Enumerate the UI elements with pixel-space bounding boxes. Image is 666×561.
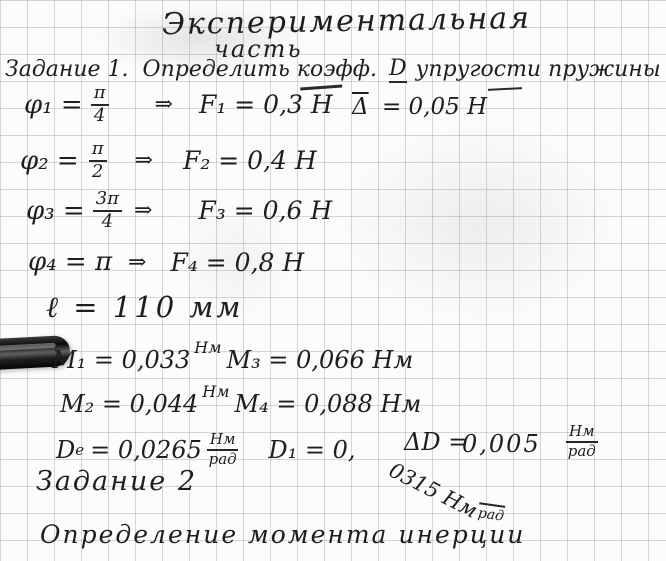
fraction-denominator: 4	[93, 212, 122, 232]
d-average-value: = 0,0265	[90, 436, 202, 464]
phi4-rhs: F₄ = 0,8 Н	[170, 248, 304, 277]
phi4-lhs: φ₄ = π	[28, 247, 112, 277]
task2-heading: Задание 2	[36, 466, 197, 497]
pen-highlight	[0, 343, 56, 351]
d-average-subscript: е	[75, 441, 84, 459]
m2-unit-superscript: Нм	[202, 382, 229, 401]
unit-denominator: рад	[566, 443, 598, 460]
phi3-rhs: F₃ = 0,6 Н	[198, 196, 332, 225]
phi1-rhs: F₁ = 0,3 Н	[199, 90, 333, 119]
fraction-denominator: 2	[89, 162, 107, 182]
phi1-lhs: φ₁ =	[24, 90, 83, 120]
d1-value: D₁ = 0,	[268, 436, 355, 464]
formula-row-phi3: φ₃ = 3π 4 ⇒ F₃ = 0,6 Н	[26, 190, 332, 232]
formula-row-phi2: φ₂ = π 2 ⇒ F₂ = 0,4 Н	[20, 140, 317, 182]
paper-smudge	[325, 115, 630, 330]
phi3-lhs: φ₃ =	[26, 196, 85, 226]
phi2-fraction: π 2	[89, 140, 107, 182]
delta-symbol: Δ	[352, 94, 369, 120]
m1-unit-superscript: Нм	[194, 338, 221, 357]
unit-denominator: рад	[207, 451, 239, 468]
implies-arrow: ⇒	[155, 92, 173, 117]
fraction-numerator: 3π	[93, 190, 122, 212]
moment-row-2: M₂ = 0,044 Нм M₄ = 0,088 Нм	[60, 390, 421, 418]
implies-arrow: ⇒	[128, 250, 146, 275]
formula-row-phi1: φ₁ = π 4 ⇒ F₁ = 0,3 Н	[24, 84, 333, 126]
phi2-lhs: φ₂ =	[20, 146, 79, 176]
delta-error-note: Δ = 0,05 Н	[352, 94, 487, 120]
task1-text: Определить коэфф.	[143, 57, 377, 82]
fraction-numerator: π	[89, 140, 107, 162]
d-average-symbol: D	[56, 436, 75, 464]
delta-value: = 0,05 Н	[382, 94, 487, 120]
stiffness-row: Dе = 0,0265 Нм рад D₁ = 0,	[56, 432, 356, 468]
task2-description: Определение момента инерции	[40, 520, 525, 549]
moment-row-1: M₁ = 0,033 Нм M₃ = 0,066 Нм	[52, 346, 413, 374]
formula-row-phi4: φ₄ = π ⇒ F₄ = 0,8 Н	[28, 247, 304, 277]
implies-arrow: ⇒	[134, 198, 152, 223]
phi1-fraction: π 4	[91, 84, 109, 126]
m2-value: M₂ = 0,044	[60, 390, 198, 418]
task1-text-after: упругости пружины	[416, 57, 661, 82]
m1-value: M₁ = 0,033	[52, 346, 190, 374]
task1-coefficient-symbol: D	[389, 56, 407, 83]
m4-value: M₄ = 0,088 Нм	[235, 390, 422, 418]
unit-numerator: Нм	[207, 432, 239, 451]
length-line: ℓ = 110 мм	[46, 290, 243, 325]
notebook-page: Экспериментальная часть Задание 1. Опред…	[0, 0, 666, 561]
fraction-numerator: π	[91, 84, 109, 106]
m3-value: M₃ = 0,066 Нм	[227, 346, 414, 374]
implies-arrow: ⇒	[135, 148, 153, 173]
d-average-unit-fraction: Нм рад	[207, 432, 239, 468]
phi3-fraction: 3π 4	[93, 190, 122, 232]
delta-d-label: ΔD =	[404, 428, 468, 456]
unit-numerator: Нм	[566, 424, 598, 443]
delta-d-unit-fraction: Нм рад	[566, 424, 598, 460]
underline-dash	[488, 85, 522, 91]
fraction-denominator: 4	[91, 106, 109, 126]
task1-label: Задание 1.	[5, 57, 129, 82]
phi2-rhs: F₂ = 0,4 Н	[183, 146, 317, 175]
d1-value-diagonal: 0315 Нм	[385, 458, 481, 523]
delta-d-value: 0,005	[462, 430, 541, 458]
